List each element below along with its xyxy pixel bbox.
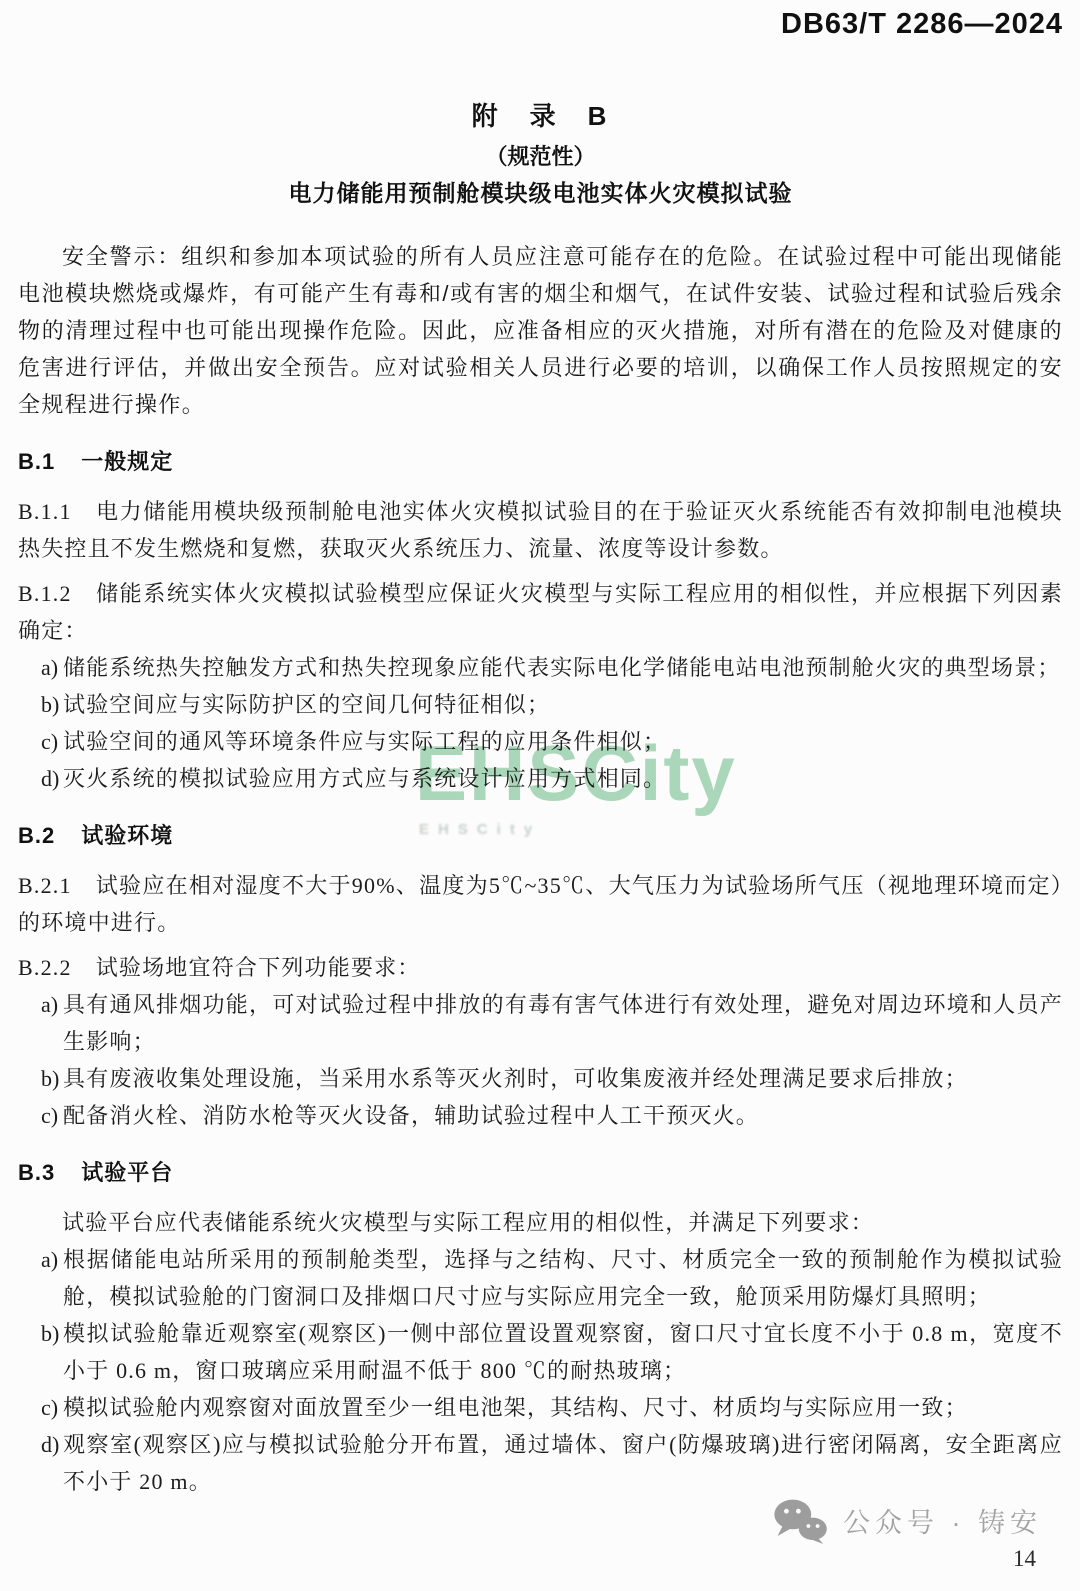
list-item: a)根据储能电站所采用的预制舱类型，选择与之结构、尺寸、材质完全一致的预制舱作为… xyxy=(18,1241,1063,1315)
list-item: b)试验空间应与实际防护区的空间几何特征相似； xyxy=(18,686,1063,723)
list-item-marker: c) xyxy=(41,1389,58,1426)
clause-number: B.1.2 xyxy=(18,581,72,606)
list-item-text: 试验空间应与实际防护区的空间几何特征相似； xyxy=(63,692,550,717)
list-item-text: 模拟试验舱靠近观察室(观察区)一侧中部位置设置观察窗，窗口尺寸宜长度不小于 0.… xyxy=(63,1321,1063,1383)
wechat-badge: 公众号 · 铸安 xyxy=(771,1496,1042,1544)
clause-b2-2: B.2.2试验场地宜符合下列功能要求： xyxy=(18,949,1063,986)
clause-list-b2-2: a)具有通风排烟功能，可对试验过程中排放的有毒有害气体进行有效处理，避免对周边环… xyxy=(18,986,1063,1134)
page-number: 14 xyxy=(1013,1546,1036,1572)
clause-text: 试验场地宜符合下列功能要求： xyxy=(96,955,421,980)
standard-code: DB63/T 2286—2024 xyxy=(781,8,1063,40)
list-item-marker: c) xyxy=(41,723,58,760)
list-item-text: 模拟试验舱内观察窗对面放置至少一组电池架，其结构、尺寸、材质均与实际应用一致； xyxy=(63,1395,968,1420)
section-heading-b2: B.2试验环境 xyxy=(18,821,1063,851)
list-item-text: 观察室(观察区)应与模拟试验舱分开布置，通过墙体、窗户(防爆玻璃)进行密闭隔离，… xyxy=(63,1432,1063,1494)
list-item-text: 根据储能电站所采用的预制舱类型，选择与之结构、尺寸、材质完全一致的预制舱作为模拟… xyxy=(63,1247,1063,1309)
clause-b2-1: B.2.1试验应在相对湿度不大于90%、温度为5℃~35℃、大气压力为试验场所气… xyxy=(18,867,1063,941)
list-item-marker: b) xyxy=(41,686,59,723)
list-item-text: 储能系统热失控触发方式和热失控现象应能代表实际电化学储能电站电池预制舱火灾的典型… xyxy=(63,655,1061,680)
clause-list-b1-2: a)储能系统热失控触发方式和热失控现象应能代表实际电化学储能电站电池预制舱火灾的… xyxy=(18,649,1063,797)
clause-text: 试验平台应代表储能系统火灾模型与实际工程应用的相似性，并满足下列要求： xyxy=(62,1210,874,1235)
section-title: 一般规定 xyxy=(81,449,173,474)
clause-number: B.1.1 xyxy=(18,499,72,524)
clause-number: B.2.2 xyxy=(18,955,72,980)
clause-number: B.2.1 xyxy=(18,873,72,898)
list-item: a)储能系统热失控触发方式和热失控现象应能代表实际电化学储能电站电池预制舱火灾的… xyxy=(18,649,1063,686)
list-item: b)模拟试验舱靠近观察室(观察区)一侧中部位置设置观察窗，窗口尺寸宜长度不小于 … xyxy=(18,1315,1063,1389)
list-item-text: 试验空间的通风等环境条件应与实际工程的应用条件相似； xyxy=(63,729,666,754)
wechat-icon xyxy=(771,1496,829,1544)
clause-list-b3: a)根据储能电站所采用的预制舱类型，选择与之结构、尺寸、材质完全一致的预制舱作为… xyxy=(18,1241,1063,1500)
appendix-title-block: 附 录 B （规范性） 电力储能用预制舱模块级电池实体火灾模拟试验 xyxy=(18,100,1063,208)
list-item-marker: a) xyxy=(41,649,58,686)
list-item-marker: a) xyxy=(41,986,58,1023)
list-item-text: 具有通风排烟功能，可对试验过程中排放的有毒有害气体进行有效处理，避免对周边环境和… xyxy=(63,992,1063,1054)
safety-warning: 安全警示：组织和参加本项试验的所有人员应注意可能存在的危险。在试验过程中可能出现… xyxy=(18,238,1063,423)
section-number: B.1 xyxy=(18,449,55,474)
document-page: EHSCity EHSCity DB63/T 2286—2024 附 录 B （… xyxy=(0,0,1080,1591)
list-item-text: 配备消火栓、消防水枪等灭火设备，辅助试验过程中人工干预灭火。 xyxy=(63,1103,759,1128)
appendix-normative-label: （规范性） xyxy=(18,142,1063,172)
document-header: DB63/T 2286—2024 xyxy=(18,8,1063,44)
list-item: a)具有通风排烟功能，可对试验过程中排放的有毒有害气体进行有效处理，避免对周边环… xyxy=(18,986,1063,1060)
list-item-marker: d) xyxy=(41,1426,59,1463)
clause-b3-intro: 试验平台应代表储能系统火灾模型与实际工程应用的相似性，并满足下列要求： xyxy=(18,1204,1063,1241)
section-title: 试验环境 xyxy=(81,823,173,848)
list-item: b)具有废液收集处理设施，当采用水系等灭火剂时，可收集废液并经处理满足要求后排放… xyxy=(18,1060,1063,1097)
section-number: B.2 xyxy=(18,823,55,848)
list-item: d)观察室(观察区)应与模拟试验舱分开布置，通过墙体、窗户(防爆玻璃)进行密闭隔… xyxy=(18,1426,1063,1500)
list-item-marker: b) xyxy=(41,1060,59,1097)
section-heading-b1: B.1一般规定 xyxy=(18,447,1063,477)
clause-b1-1: B.1.1电力储能用模块级预制舱电池实体火灾模拟试验目的在于验证灭火系统能否有效… xyxy=(18,493,1063,567)
list-item-marker: c) xyxy=(41,1097,58,1134)
clause-b1-2: B.1.2储能系统实体火灾模拟试验模型应保证火灾模型与实际工程应用的相似性，并应… xyxy=(18,575,1063,649)
list-item: c)试验空间的通风等环境条件应与实际工程的应用条件相似； xyxy=(18,723,1063,760)
badge-text: 公众号 · 铸安 xyxy=(843,1501,1042,1540)
section-title: 试验平台 xyxy=(81,1160,173,1185)
appendix-subject-title: 电力储能用预制舱模块级电池实体火灾模拟试验 xyxy=(18,178,1063,208)
list-item-marker: a) xyxy=(41,1241,58,1278)
list-item: c)配备消火栓、消防水枪等灭火设备，辅助试验过程中人工干预灭火。 xyxy=(18,1097,1063,1134)
clause-text: 储能系统实体火灾模拟试验模型应保证火灾模型与实际工程应用的相似性，并应根据下列因… xyxy=(18,581,1063,643)
list-item-marker: b) xyxy=(41,1315,59,1352)
list-item: c)模拟试验舱内观察窗对面放置至少一组电池架，其结构、尺寸、材质均与实际应用一致… xyxy=(18,1389,1063,1426)
section-heading-b3: B.3试验平台 xyxy=(18,1158,1063,1188)
list-item-text: 具有废液收集处理设施，当采用水系等灭火剂时，可收集废液并经处理满足要求后排放； xyxy=(63,1066,968,1091)
section-number: B.3 xyxy=(18,1160,55,1185)
list-item-text: 灭火系统的模拟试验应用方式应与系统设计应用方式相同。 xyxy=(63,766,666,791)
clause-text: 试验应在相对湿度不大于90%、温度为5℃~35℃、大气压力为试验场所气压（视地理… xyxy=(18,873,1063,935)
list-item: d)灭火系统的模拟试验应用方式应与系统设计应用方式相同。 xyxy=(18,760,1063,797)
clause-text: 电力储能用模块级预制舱电池实体火灾模拟试验目的在于验证灭火系统能否有效抑制电池模… xyxy=(18,499,1063,561)
appendix-label: 附 录 B xyxy=(18,100,1063,133)
list-item-marker: d) xyxy=(41,760,59,797)
